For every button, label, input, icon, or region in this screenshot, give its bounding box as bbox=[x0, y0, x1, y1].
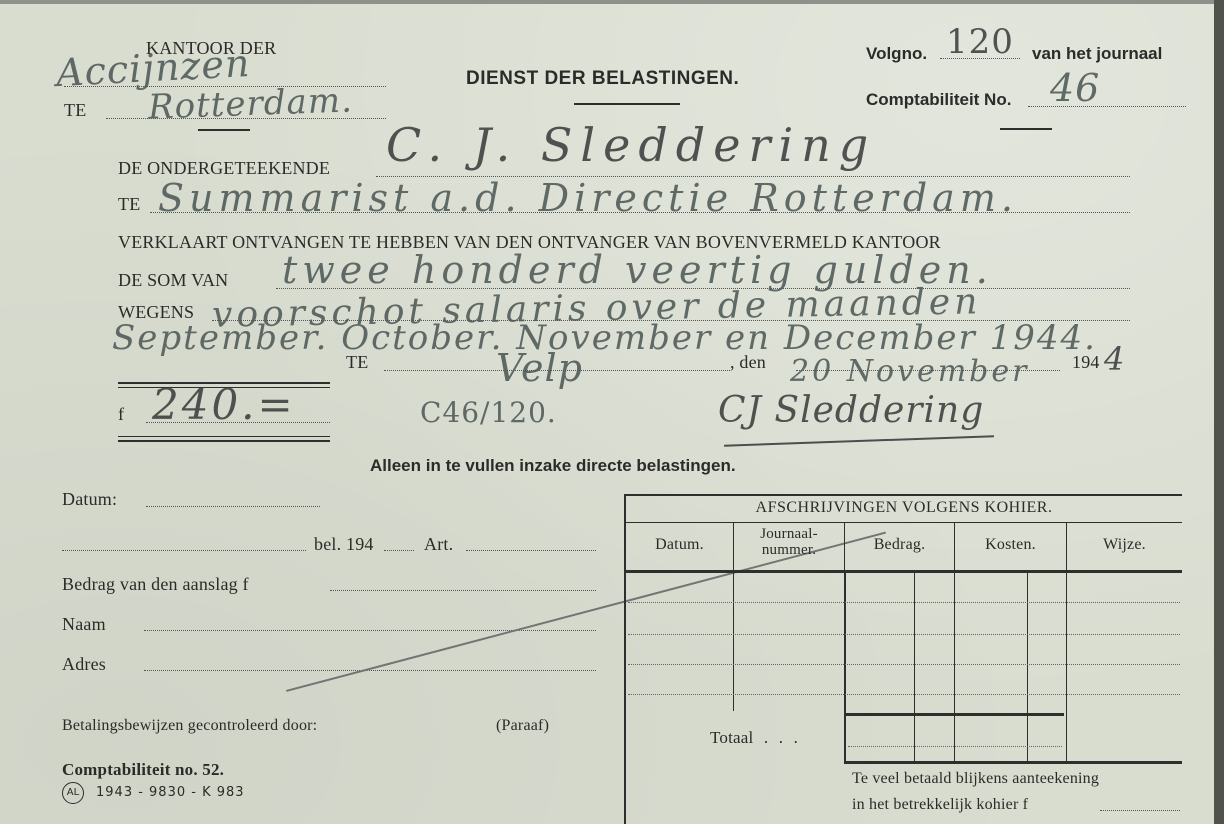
volgno-label: Volgno. bbox=[866, 44, 927, 64]
page-title: DIENST DER BELASTINGEN. bbox=[466, 68, 739, 90]
table-bottom-rule bbox=[844, 761, 1182, 764]
col-divider bbox=[733, 573, 734, 711]
table-row[interactable] bbox=[628, 634, 1180, 635]
totaal-rule bbox=[846, 713, 1064, 716]
paraaf-label: (Paraaf) bbox=[496, 717, 549, 735]
printer-logo-icon: AL bbox=[62, 782, 84, 804]
col-header-journaal-1: Journaal- bbox=[760, 526, 818, 542]
year-prefix: 194 bbox=[1072, 352, 1100, 373]
reference-note: C46/120. bbox=[420, 396, 557, 429]
te-field-2[interactable]: Summarist a.d. Directie Rotterdam. bbox=[158, 176, 1018, 220]
direct-tax-heading: Alleen in te vullen inzake directe belas… bbox=[370, 456, 736, 476]
amount-rule-bottom-2 bbox=[118, 440, 330, 442]
divider bbox=[198, 129, 250, 131]
comptabiliteit-label: Comptabiliteit No. bbox=[866, 90, 1011, 110]
datum-field[interactable] bbox=[146, 506, 320, 507]
som-label: DE SOM VAN bbox=[118, 270, 228, 291]
print-code: 1943 - 9830 - K 983 bbox=[96, 785, 245, 800]
te-label-2: TE bbox=[118, 194, 140, 215]
adres-label: Adres bbox=[62, 654, 106, 675]
ondergeteekende-field[interactable]: C. J. Sleddering bbox=[386, 118, 876, 172]
wegens-field-line2[interactable]: September. October. November en December… bbox=[112, 318, 1097, 358]
scan-edge-right bbox=[1214, 0, 1224, 824]
volgno-field[interactable]: 120 bbox=[946, 22, 1014, 62]
form-number: Comptabiliteit no. 52. bbox=[62, 760, 224, 780]
signature: CJ Sleddering bbox=[718, 390, 984, 431]
amount-field[interactable]: 240.= bbox=[152, 380, 296, 429]
amount-currency: f bbox=[118, 404, 124, 425]
naam-field[interactable] bbox=[144, 630, 596, 631]
table-header-rule bbox=[626, 570, 1182, 573]
col-header-journaal: Journaal- nummer. bbox=[734, 526, 844, 558]
table-title: AFSCHRIJVINGEN VOLGENS KOHIER. bbox=[626, 499, 1182, 517]
bel-prefix-field[interactable] bbox=[62, 550, 306, 551]
te-veel-line2: in het betrekkelijk kohier f bbox=[852, 796, 1028, 814]
col-header-wijze: Wijze. bbox=[1067, 536, 1182, 554]
art-field[interactable] bbox=[466, 550, 596, 551]
table-top-border bbox=[624, 494, 1182, 496]
divider bbox=[1000, 128, 1052, 130]
bel-label: bel. 194 bbox=[314, 534, 374, 555]
bel-year-field[interactable] bbox=[384, 550, 414, 551]
tax-receipt-form: KANTOOR DER Accijnzen TE Rotterdam. DIEN… bbox=[0, 4, 1216, 824]
journaal-label: van het journaal bbox=[1032, 44, 1162, 64]
datum-label: Datum: bbox=[62, 489, 117, 510]
signature-underline bbox=[724, 435, 994, 446]
te-label: TE bbox=[64, 100, 86, 121]
title-underline bbox=[574, 103, 680, 105]
adres-field[interactable] bbox=[144, 670, 596, 671]
bedrag-label: Bedrag van den aanslag f bbox=[62, 574, 249, 595]
table-row[interactable] bbox=[628, 602, 1180, 603]
col-header-datum: Datum. bbox=[626, 536, 733, 554]
table-row[interactable] bbox=[628, 664, 1180, 665]
table-row[interactable] bbox=[628, 694, 1180, 695]
art-label: Art. bbox=[424, 534, 453, 555]
place-te-label: TE bbox=[346, 352, 368, 373]
col-header-kosten: Kosten. bbox=[955, 536, 1066, 554]
col-header-journaal-2: nummer. bbox=[762, 542, 816, 558]
table-title-divider bbox=[626, 522, 1182, 523]
betalings-label: Betalingsbewijzen gecontroleerd door: bbox=[62, 717, 317, 735]
date-field[interactable]: 20 November bbox=[790, 354, 1029, 389]
place-field[interactable]: Velp bbox=[496, 346, 583, 390]
amount-rule-bottom bbox=[118, 436, 330, 437]
comptabiliteit-field[interactable]: 46 bbox=[1050, 66, 1100, 110]
naam-label: Naam bbox=[62, 614, 106, 635]
totaal-label: Totaal . . . bbox=[710, 728, 798, 748]
den-label: , den bbox=[730, 352, 766, 373]
te-veel-field[interactable] bbox=[1100, 810, 1180, 811]
col-header-bedrag: Bedrag. bbox=[845, 536, 954, 554]
te-veel-line1: Te veel betaald blijkens aanteekening bbox=[852, 770, 1099, 788]
year-field[interactable]: 4 bbox=[1104, 340, 1125, 378]
bedrag-field[interactable] bbox=[330, 590, 596, 591]
totaal-row[interactable] bbox=[848, 746, 1062, 747]
te-field[interactable]: Rotterdam. bbox=[147, 80, 353, 127]
